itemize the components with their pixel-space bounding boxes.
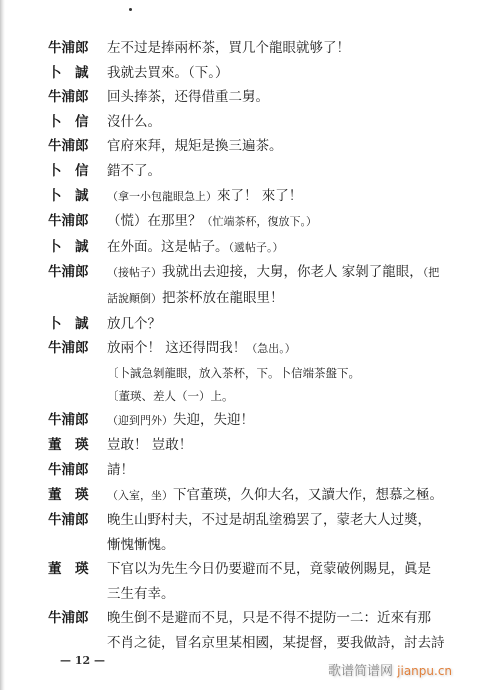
print-speck (129, 8, 132, 11)
watermark-url: jianpu.cn (397, 664, 452, 678)
page-edge-shadow (0, 0, 5, 690)
dialogue-continuation: 不肖之徒，冒名京里某相國，某提督，要我做詩，討去詩 (48, 631, 458, 656)
dialogue-text: 回头捧茶，还得借重二舅。 (107, 85, 458, 110)
dialogue-line: 牛浦郎 左不过是捧兩杯茶，買几个龍眼就够了！ (48, 36, 458, 61)
dialogue-line: 牛浦郎 官府來拜，規矩是換三遍茶。 (48, 134, 458, 159)
speaker: 牛浦郎 (48, 606, 107, 631)
speaker: 牛浦郎 (48, 134, 107, 159)
speaker: 牛浦郎 (48, 458, 107, 483)
speaker: 卜 誠 (48, 184, 107, 210)
dialogue-text: 放兩个！ 这还得問我！（急出。） (107, 336, 458, 362)
speaker: 卜 誠 (48, 235, 107, 261)
dialogue-continuation: 慚愧慚愧。 (48, 533, 458, 558)
dialogue-line: 牛浦郎 回头捧茶，还得借重二舅。 (48, 85, 458, 110)
dialogue-line: 卜 信 沒什么。 (48, 110, 458, 135)
dialogue-text: 下官以为先生今日仍要避而不見，竟蒙破例賜見，眞是 (107, 557, 458, 582)
dialogue-line: 牛浦郎 （迎到門外）失迎，失迎！ (48, 408, 458, 434)
speaker: 牛浦郎 (48, 408, 107, 434)
dialogue-line: 牛浦郎 晚生倒不是避而不見，只是不得不提防一二：近來有那 (48, 606, 458, 631)
dialogue-text: 請！ (107, 458, 458, 483)
dialogue-text: 官府來拜，規矩是換三遍茶。 (107, 134, 458, 159)
dialogue-line: 董 瑛 （入室，坐）下官董瑛，久仰大名，又讀大作，想慕之極。 (48, 483, 458, 509)
dialogue-text: （迎到門外）失迎，失迎！ (107, 408, 458, 434)
speaker: 董 瑛 (48, 433, 107, 458)
watermark: 歌谱简谱网 jianpu.cn (328, 660, 452, 679)
speaker: 董 瑛 (48, 557, 107, 582)
page-number: — 12 — (60, 654, 105, 667)
dialogue-line: 董 瑛 豈敢！ 豈敢！ (48, 433, 458, 458)
speaker: 卜 信 (48, 159, 107, 184)
speaker: 牛浦郎 (48, 508, 107, 533)
play-script: 牛浦郎 左不过是捧兩杯茶，買几个龍眼就够了！ 卜 誠 我就去買來。（下。） 牛浦… (48, 36, 458, 656)
speaker: 牛浦郎 (48, 260, 107, 286)
dialogue-line: 卜 誠 放几个？ (48, 312, 458, 337)
speaker: 卜 信 (48, 110, 107, 135)
dialogue-text: 晚生山野村夫，不过是胡乱塗鴉罢了，蒙老大人过奬， (107, 508, 458, 533)
dialogue-text: 沒什么。 (107, 110, 458, 135)
dialogue-text: 在外面。这是帖子。（遞帖子。） (107, 235, 458, 261)
inline-direction: （拿一小包龍眼急上） (107, 190, 217, 203)
inline-direction: （忙端茶杯，復放下。） (202, 215, 318, 228)
dialogue-line: 卜 誠 （拿一小包龍眼急上）來了！ 來了！ (48, 184, 458, 210)
dialogue-text: 晚生倒不是避而不見，只是不得不提防一二：近來有那 (107, 606, 458, 631)
stage-direction: 〔董瑛、差人（一）上。 (48, 385, 458, 408)
speaker: 卜 誠 (48, 312, 107, 337)
dialogue-continuation: 話說顚倒）把茶杯放在龍眼里！ (48, 286, 458, 312)
dialogue-text: 放几个？ (107, 312, 458, 337)
dialogue-line: 卜 信 錯不了。 (48, 159, 458, 184)
dialogue-line: 牛浦郎 （慌）在那里？（忙端茶杯，復放下。） (48, 209, 458, 235)
dialogue-line: 卜 誠 我就去買來。（下。） (48, 61, 458, 86)
dialogue-text: （入室，坐）下官董瑛，久仰大名，又讀大作，想慕之極。 (107, 483, 458, 509)
dialogue-text: 我就去買來。（下。） (107, 61, 458, 86)
dialogue-text: 豈敢！ 豈敢！ (107, 433, 458, 458)
dialogue-line: 董 瑛 下官以为先生今日仍要避而不見，竟蒙破例賜見，眞是 (48, 557, 458, 582)
speaker: 牛浦郎 (48, 336, 107, 362)
dialogue-line: 牛浦郎 晚生山野村夫，不过是胡乱塗鴉罢了，蒙老大人过奬， (48, 508, 458, 533)
inline-direction: （遞帖子。） (229, 241, 284, 254)
speaker: 卜 誠 (48, 61, 107, 86)
stage-direction: 〔卜誠急剝龍眼，放入茶杯，下。卜信端茶盤下。 (48, 362, 458, 385)
dialogue-line: 卜 誠 在外面。这是帖子。（遞帖子。） (48, 235, 458, 261)
dialogue-text: （慌）在那里？（忙端茶杯，復放下。） (107, 209, 458, 235)
speaker: 董 瑛 (48, 483, 107, 509)
dialogue-line: 牛浦郎 放兩个！ 这还得問我！（急出。） (48, 336, 458, 362)
dialogue-text: 錯不了。 (107, 159, 458, 184)
dialogue-continuation: 三生有幸。 (48, 582, 458, 607)
dialogue-text: （接帖子）我就出去迎接，大舅，你老人 家剝了龍眼，（把 (107, 260, 458, 286)
dialogue-text: 左不过是捧兩杯茶，買几个龍眼就够了！ (107, 36, 458, 61)
speaker: 牛浦郎 (48, 36, 107, 61)
speaker: 牛浦郎 (48, 85, 107, 110)
speaker: 牛浦郎 (48, 209, 107, 235)
dialogue-line: 牛浦郎 請！ (48, 458, 458, 483)
dialogue-text: （拿一小包龍眼急上）來了！ 來了！ (107, 184, 458, 210)
watermark-site-name: 歌谱简谱网 (328, 664, 393, 679)
dialogue-line: 牛浦郎 （接帖子）我就出去迎接，大舅，你老人 家剝了龍眼，（把 (48, 260, 458, 286)
